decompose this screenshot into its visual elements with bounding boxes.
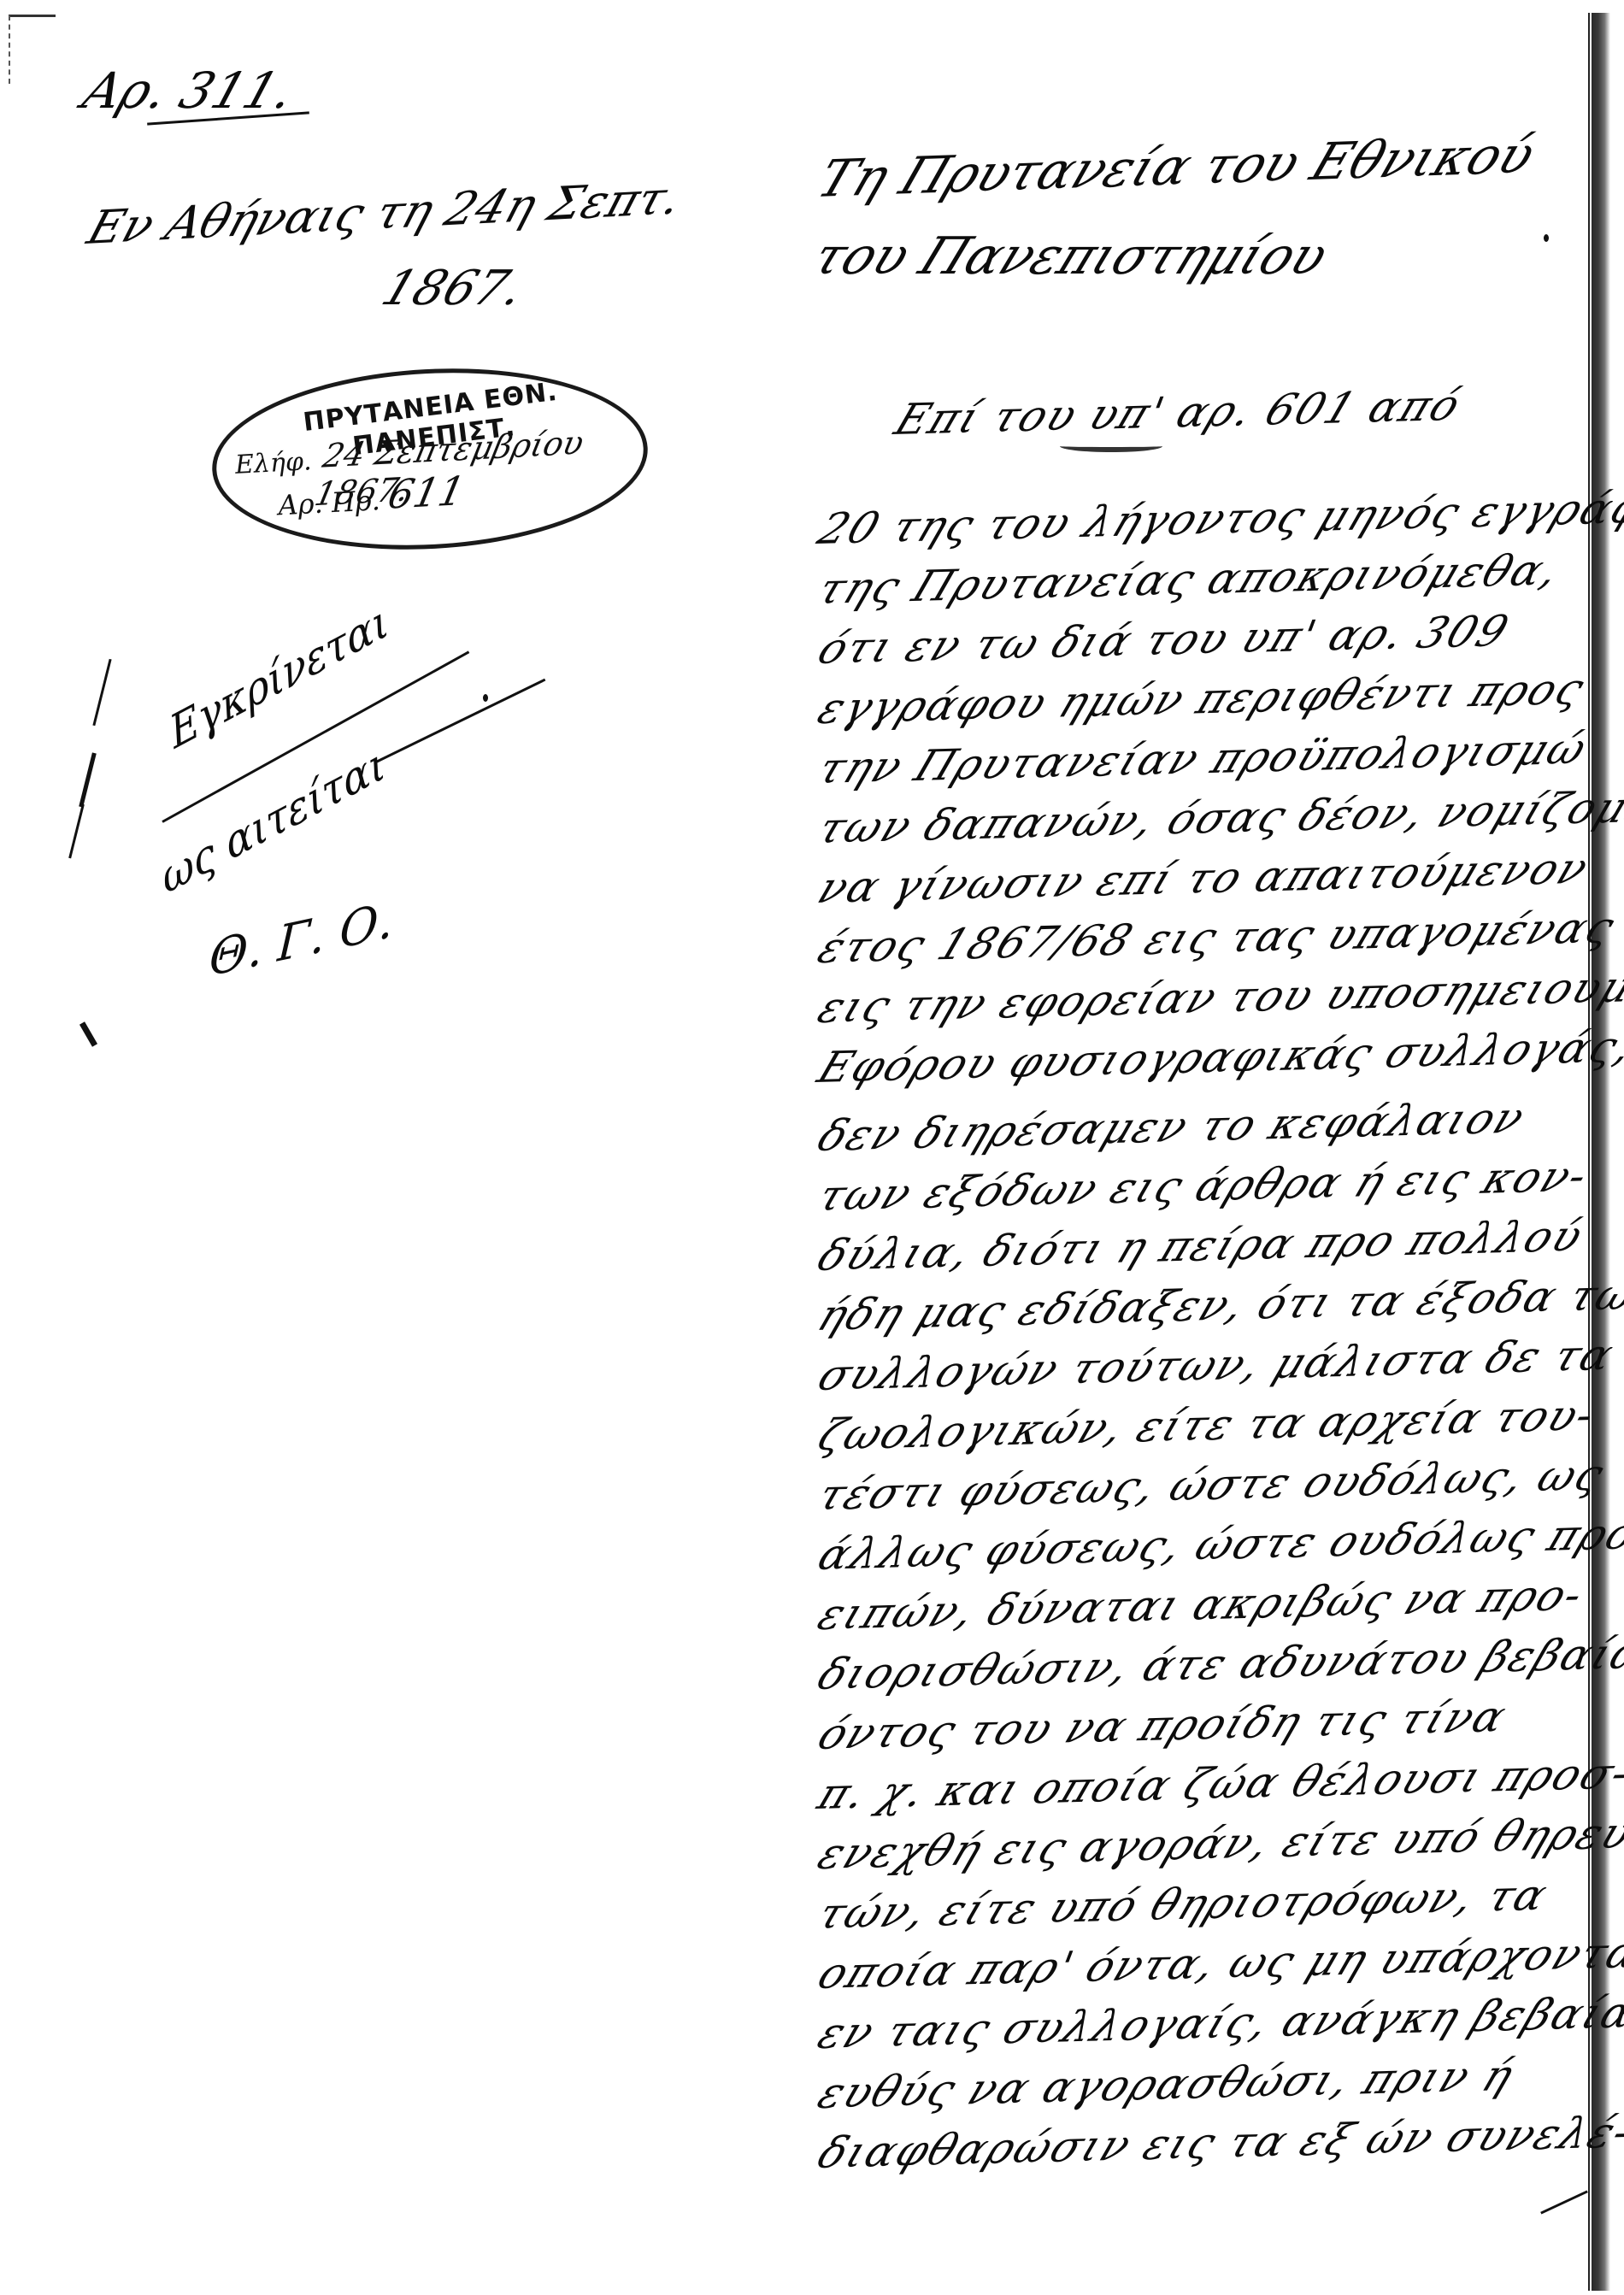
addressee-line-1: Τη Πρυτανεία του Εθνικού: [809, 125, 1543, 209]
margin-note-signature: Θ. Γ. Ο.: [208, 892, 394, 988]
body-line-22: όντος του να προίδη τις τίνα: [811, 1692, 1515, 1759]
body-line-26: οποία παρ' όντα, ως μη υπάρχοντα: [811, 1927, 1624, 1998]
body-line-13: των εξόδων εις άρθρα ή εις κον-: [811, 1151, 1596, 1221]
margin-note-text: ως αιτείται: [156, 737, 389, 904]
body-line-24: ενεχθή εις αγοράν, είτε υπό θηρευ-: [811, 1808, 1624, 1879]
body-line-5: εγγράφου ημών περιφθέντι προς: [811, 664, 1592, 733]
body-line-2: 20 της του λήγοντος μηνός εγγράφου: [811, 481, 1624, 554]
body-line-19: άλλως φύσεως, ώστε ουδόλως προ-: [811, 1509, 1624, 1580]
body-line-8: να γίνωσιν επί το απαιτούμενον: [811, 844, 1597, 913]
body-line-11: Εφόρου φυσιογραφικάς συλλογάς,: [811, 1021, 1624, 1092]
body-line-18: τέστι φύσεως, ώστε ουδόλως, ως: [811, 1450, 1612, 1520]
reference-601-underline: [1060, 440, 1162, 452]
body-line-9: έτος 1867/68 εις τας υπαγομένας: [811, 903, 1623, 973]
body-line-15: ήδη μας εδίδαξεν, ότι τα έξοδα των: [811, 1268, 1624, 1339]
date-year: 1867.: [374, 261, 532, 316]
end-flourish: [1540, 2190, 1588, 2214]
body-line-23: π. χ. και οποία ζώα θέλουσι προσ-: [811, 1748, 1624, 1819]
addressee-line-2: του Πανεπιστημίου: [804, 227, 1337, 286]
body-line-6: την Πρυτανείαν προϋπολογισμώ: [811, 724, 1595, 793]
stamp-received-label: Ελήφ.: [234, 446, 312, 480]
margin-stroke-2: [79, 752, 97, 807]
body-line-21: διορισθώσιν, άτε αδυνάτου βεβαία: [811, 1628, 1624, 1699]
margin-note-rule-2: [375, 679, 545, 763]
body-line-14: δύλια, διότι η πείρα προ πολλού: [811, 1211, 1592, 1280]
body-line-10: εις την εφορείαν του υποσημειουμένου: [811, 959, 1624, 1033]
margin-stroke-3: [68, 804, 85, 859]
body-line-4: ότι εν τω διά του υπ' αρ. 309: [811, 606, 1516, 674]
scan-left-edge: [9, 15, 12, 84]
date-line: Εν Αθήναις τη 24η Σεπτ.: [81, 171, 688, 255]
ink-dot: [1544, 234, 1549, 242]
body-line-29: διαφθαρώσιν εις τα εξ ών συνελέ-: [811, 2107, 1624, 2178]
stamp-protocol-number: 611: [384, 468, 468, 518]
ink-blot: [79, 1021, 97, 1046]
body-line-3: της Πρυτανείας αποκρινόμεθα,: [811, 545, 1568, 614]
body-line-25: τών, είτε υπό θηριοτρόφων, τα: [811, 1870, 1556, 1939]
scanned-document-page: Αρ. 311. Εν Αθήναις τη 24η Σεπτ. 1867. Π…: [0, 0, 1624, 2295]
body-line-16: συλλογών τούτων, μάλιστα δε τα των: [811, 1327, 1624, 1400]
body-line-17: ζωολογικών, είτε τα αρχεία του-: [811, 1391, 1603, 1460]
body-line-20: ειπών, δύναται ακριβώς να προ-: [811, 1570, 1592, 1639]
margin-stroke-1: [92, 659, 111, 726]
stamp-protocol-label: Αρ. Πρ.: [278, 484, 381, 521]
body-line-7: των δαπανών, όσας δέον, νομίζομεν: [811, 781, 1624, 853]
ink-spot: [483, 694, 488, 702]
body-line-12: δεν διηρέσαμεν το κεφάλαιον: [811, 1093, 1533, 1161]
scan-corner-mark: [9, 15, 56, 17]
margin-note-approval: Εγκρίνεται: [165, 594, 392, 759]
reference-number: Αρ. 311.: [76, 62, 302, 120]
body-line-1: Επί του υπ' αρ. 601 από: [888, 380, 1468, 444]
body-line-28: ευθύς να αγορασθώσι, πριν ή: [811, 2051, 1521, 2118]
body-line-27: εν ταις συλλογαίς, ανάγκη βεβαία: [811, 1987, 1624, 2058]
registry-stamp: ΠΡΥΤΑΝΕΙΑ ΕΘΝ. ΠΑΝΕΠΙΣΤ. Ελήφ. 24 Σεπτεμ…: [208, 358, 652, 560]
